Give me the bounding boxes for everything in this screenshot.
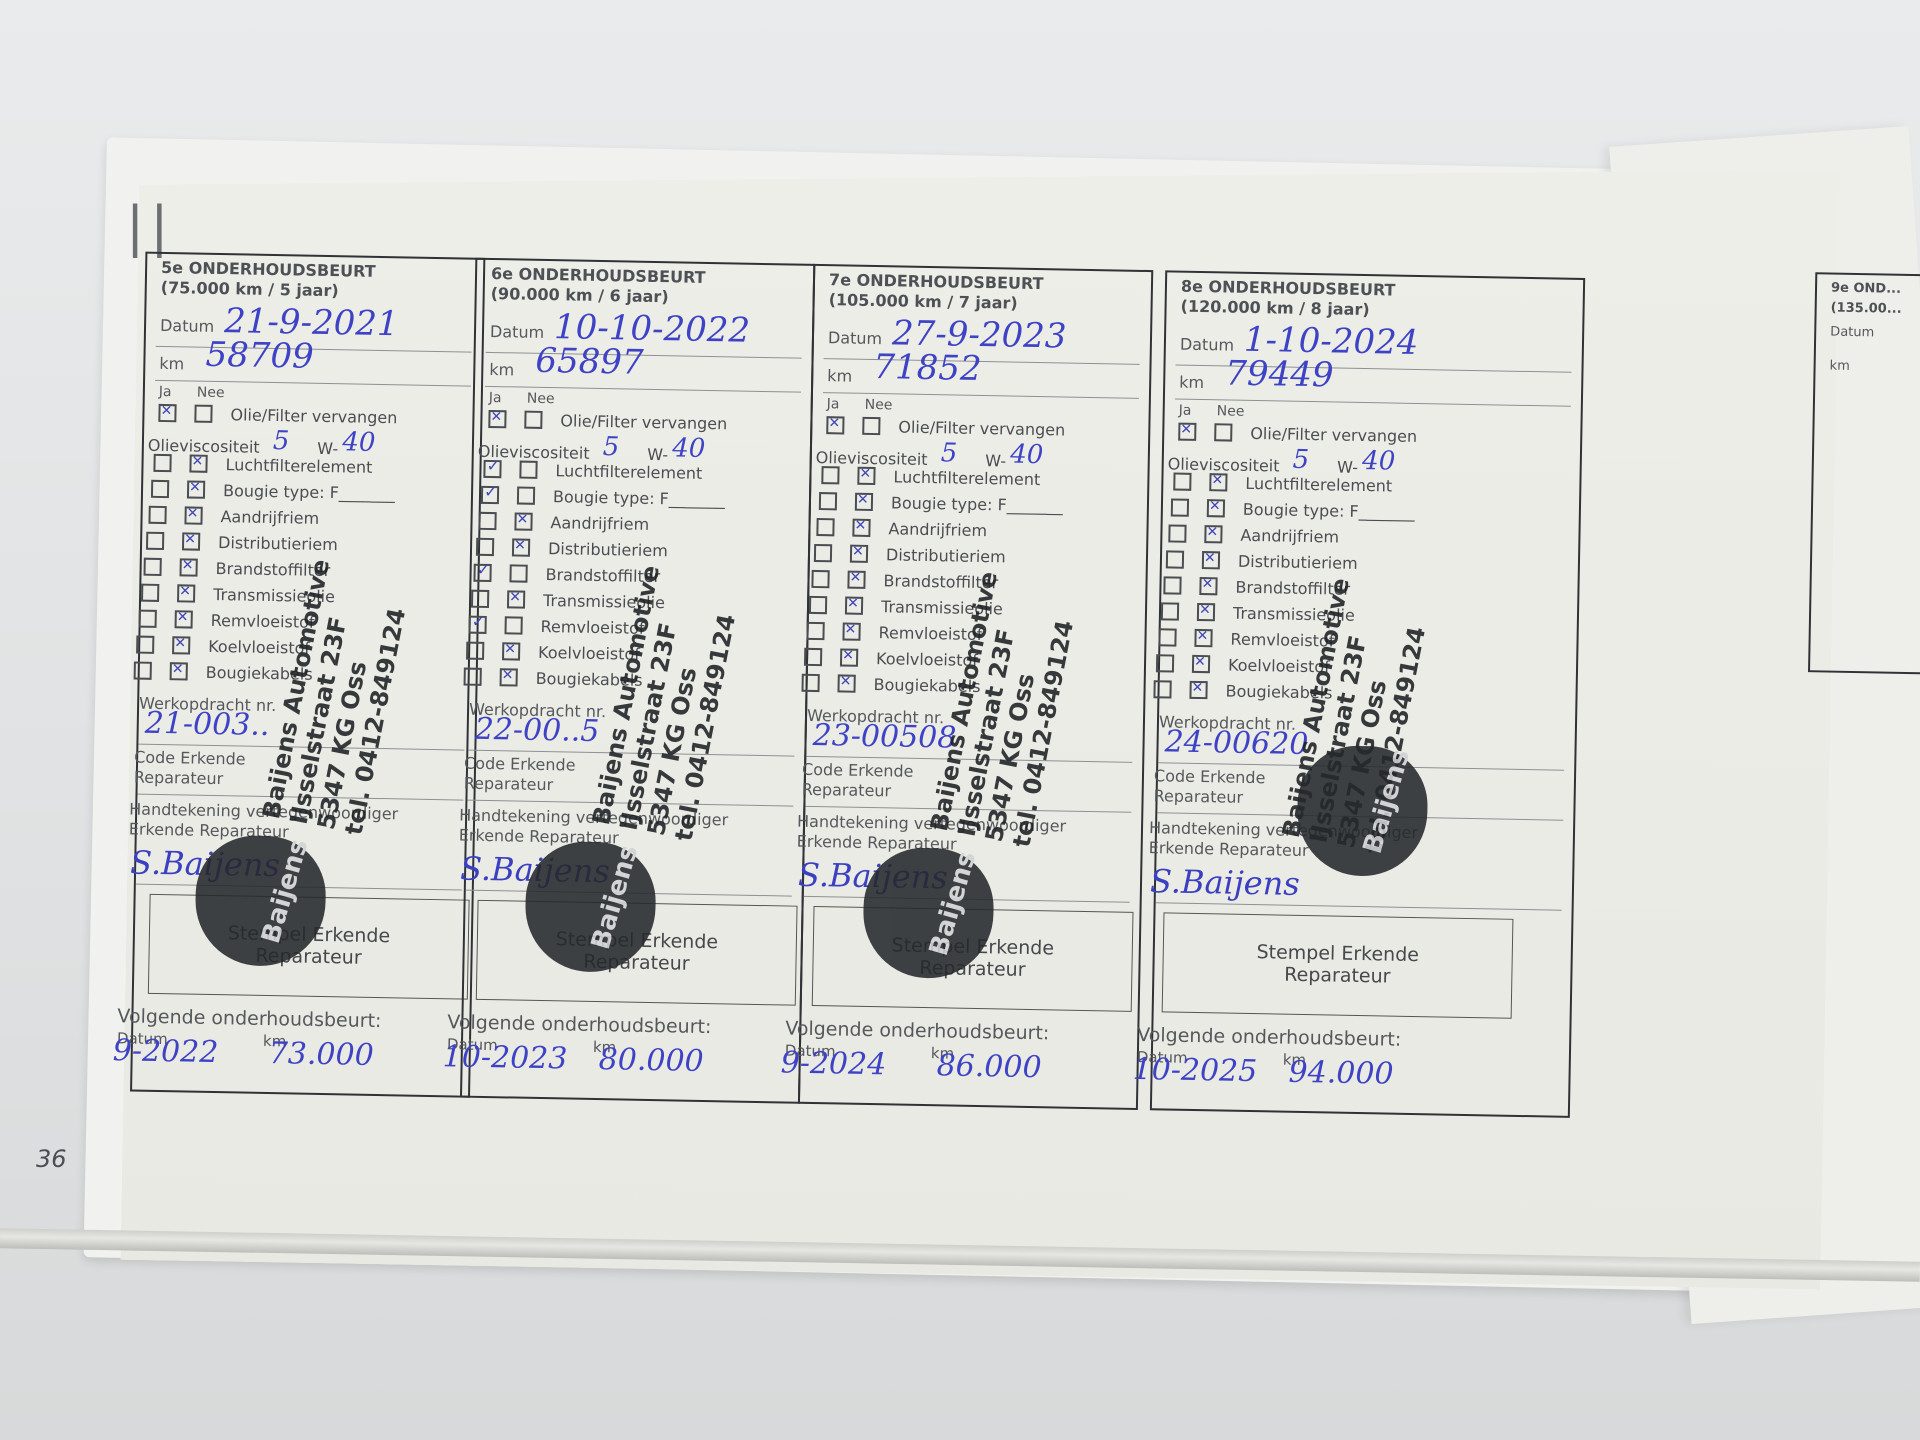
nee-checkbox[interactable] [502, 642, 520, 660]
ja-checkbox[interactable] [1171, 498, 1189, 516]
next-service-date: 9-2024 [780, 1045, 886, 1082]
ja-checkbox[interactable] [806, 622, 824, 640]
checklist-row: Brandstoffilter [143, 558, 330, 580]
nee-checkbox[interactable] [170, 662, 188, 680]
ja-checkbox[interactable] [158, 404, 176, 422]
ja-checkbox[interactable] [1156, 654, 1174, 672]
ja-checkbox[interactable] [134, 662, 152, 680]
ja-checkbox[interactable] [483, 460, 501, 478]
next-service-km: 94.000 [1288, 1055, 1394, 1092]
nee-label: Nee [865, 397, 893, 414]
oil-filter-row: Olie/Filter vervangen [1178, 423, 1417, 446]
viscosity-value-a: 5 [940, 438, 957, 468]
nee-checkbox[interactable] [524, 411, 542, 429]
ja-checkbox[interactable] [1178, 423, 1196, 441]
checklist-row: Remvloeistof [1158, 628, 1334, 650]
nee-checkbox[interactable] [837, 674, 855, 692]
nee-checkbox[interactable] [172, 636, 190, 654]
nee-label: Nee [1217, 403, 1245, 420]
km-label: km [1179, 373, 1204, 392]
nee-checkbox[interactable] [514, 512, 532, 530]
nee-checkbox[interactable] [840, 648, 858, 666]
werkopdracht-number: 24-00620 [1164, 724, 1308, 762]
oil-filter-row: Olie/Filter vervangen [158, 404, 397, 427]
oil-filter-row: Olie/Filter vervangen [826, 416, 1065, 439]
viscosity-value-b: 40 [1362, 446, 1396, 477]
signature: S.Baijens [1150, 862, 1300, 903]
nee-checkbox[interactable] [189, 454, 207, 472]
checklist-row: Remvloeistof [468, 616, 644, 638]
nee-checkbox[interactable] [857, 467, 875, 485]
nee-checkbox[interactable] [194, 405, 212, 423]
checklist-row: Luchtfilterelement [1173, 473, 1392, 496]
nee-checkbox[interactable] [187, 480, 205, 498]
next-service-date: 10-2023 [442, 1039, 567, 1076]
datum-label: Datum [828, 328, 882, 348]
ja-checkbox[interactable] [816, 518, 834, 536]
checklist-row: Koelvloeistof [1156, 654, 1330, 676]
ja-checkbox[interactable] [811, 570, 829, 588]
werkopdracht-number: 22-00..5 [474, 712, 599, 749]
datum-label: Datum [1180, 335, 1234, 355]
checklist-row: Luchtfilterelement [821, 466, 1040, 489]
checklist-row: Aandrijfriem [478, 512, 649, 534]
viscosity-value-b: 40 [672, 433, 706, 464]
ja-checkbox[interactable] [468, 616, 486, 634]
ja-checkbox[interactable] [821, 466, 839, 484]
ja-checkbox[interactable] [1158, 628, 1176, 646]
nee-checkbox[interactable] [177, 584, 195, 602]
viscosity-value-a: 5 [603, 432, 620, 462]
ja-checkbox[interactable] [151, 480, 169, 498]
service-title: 7e ONDERHOUDSBEURT(105.000 km / 7 jaar) [828, 270, 1043, 314]
ja-checkbox[interactable] [143, 558, 161, 576]
checklist-row: Bougie type: F_______ [819, 492, 1063, 515]
service-km: 65897 [535, 341, 644, 383]
ja-checkbox[interactable] [466, 642, 484, 660]
ja-label: Ja [827, 396, 840, 412]
service-title: 6e ONDERHOUDSBEURT(90.000 km / 6 jaar) [491, 264, 706, 308]
nee-checkbox[interactable] [850, 545, 868, 563]
service-column-5: 5e ONDERHOUDSBEURT(75.000 km / 5 jaar)Da… [130, 252, 485, 1098]
next-service-km: 86.000 [936, 1048, 1042, 1085]
service-column-9-partial: 9e OND...(135.00...Datumkm [1808, 272, 1920, 676]
service-km: 58709 [205, 335, 314, 377]
ja-checkbox[interactable] [481, 486, 499, 504]
ja-checkbox[interactable] [471, 590, 489, 608]
checklist-row: Luchtfilterelement [153, 454, 372, 477]
next-service-date: 9-2022 [112, 1033, 218, 1070]
datum-label: Datum [160, 316, 214, 336]
oil-filter-row: Olie/Filter vervangen [488, 410, 727, 433]
page-number: 36 [36, 1145, 67, 1173]
nee-label: Nee [197, 385, 225, 402]
ja-checkbox[interactable] [1173, 473, 1191, 491]
nee-checkbox[interactable] [175, 610, 193, 628]
nee-checkbox[interactable] [1199, 577, 1217, 595]
nee-checkbox[interactable] [1189, 681, 1207, 699]
checklist-row: Distributieriem [814, 544, 1006, 567]
divider [1156, 902, 1562, 910]
next-service-date: 10-2025 [1132, 1052, 1257, 1089]
nee-checkbox[interactable] [1207, 499, 1225, 517]
ja-checkbox[interactable] [1161, 602, 1179, 620]
ja-checkbox[interactable] [476, 538, 494, 556]
service-km: 79449 [1225, 353, 1334, 395]
next-service-km: 73.000 [268, 1036, 374, 1073]
checklist-row: Bougie type: F_______ [481, 486, 725, 509]
checklist-row: Brandstoffilter [473, 564, 660, 586]
werkopdracht-number: 21-003.. [144, 706, 269, 743]
nee-checkbox[interactable] [847, 571, 865, 589]
code-erkende-label: Code ErkendeReparateur [464, 754, 576, 796]
checklist-row: Distributieriem [1166, 550, 1358, 573]
ja-checkbox[interactable] [139, 610, 157, 628]
checklist-row: Aandrijfriem [1168, 524, 1339, 546]
checklist-row: Bougie type: F_______ [1171, 498, 1415, 521]
ja-checkbox[interactable] [473, 564, 491, 582]
nee-checkbox[interactable] [519, 461, 537, 479]
ja-label: Ja [1179, 403, 1192, 419]
nee-checkbox[interactable] [1194, 629, 1212, 647]
next-service-km: 80.000 [598, 1042, 704, 1079]
ja-checkbox[interactable] [1166, 550, 1184, 568]
checklist-row: Aandrijfriem [148, 506, 319, 528]
ja-label: Ja [489, 390, 502, 406]
ja-checkbox[interactable] [826, 416, 844, 434]
werkopdracht-number: 23-00508 [812, 718, 956, 756]
ja-checkbox[interactable] [153, 454, 171, 472]
nee-label: Nee [527, 391, 555, 408]
km-label: km [827, 366, 852, 385]
nee-checkbox[interactable] [504, 616, 522, 634]
nee-checkbox[interactable] [852, 519, 870, 537]
checklist-row: Aandrijfriem [816, 518, 987, 540]
checklist-row: Luchtfilterelement [483, 460, 702, 483]
nee-checkbox[interactable] [509, 564, 527, 582]
ja-checkbox[interactable] [1153, 680, 1171, 698]
nee-checkbox[interactable] [512, 538, 530, 556]
nee-checkbox[interactable] [845, 597, 863, 615]
checklist-row: Bougie type: F_______ [151, 480, 395, 503]
ja-checkbox[interactable] [478, 512, 496, 530]
checklist-row: Remvloeistof [806, 622, 982, 644]
stamp-box: Stempel ErkendeReparateur [1162, 912, 1514, 1018]
checklist-row: Distributieriem [146, 532, 338, 555]
ja-checkbox[interactable] [136, 636, 154, 654]
ja-checkbox[interactable] [814, 544, 832, 562]
service-title: 8e ONDERHOUDSBEURT(120.000 km / 8 jaar) [1180, 277, 1395, 321]
ja-checkbox[interactable] [809, 596, 827, 614]
km-label: km [489, 360, 514, 379]
ja-checkbox[interactable] [464, 668, 482, 686]
service-km: 71852 [873, 347, 982, 389]
datum-label: Datum [490, 322, 544, 342]
nee-checkbox[interactable] [184, 506, 202, 524]
nee-checkbox[interactable] [1204, 525, 1222, 543]
ja-checkbox[interactable] [146, 532, 164, 550]
checklist-row: Brandstoffilter [1163, 576, 1350, 598]
viscosity-value-b: 40 [1010, 440, 1044, 471]
nee-checkbox[interactable] [507, 590, 525, 608]
service-column-8: 8e ONDERHOUDSBEURT(120.000 km / 8 jaar)D… [1150, 270, 1585, 1118]
nee-checkbox[interactable] [1197, 603, 1215, 621]
checklist-row: Koelvloeistof [136, 636, 310, 658]
checklist-row: Koelvloeistof [466, 642, 640, 664]
nee-checkbox[interactable] [179, 558, 197, 576]
km-label: km [159, 354, 184, 373]
nee-checkbox[interactable] [1202, 551, 1220, 569]
ja-checkbox[interactable] [141, 584, 159, 602]
nee-checkbox[interactable] [517, 486, 535, 504]
checklist-row: Brandstoffilter [811, 570, 998, 592]
service-record-grid: 5e ONDERHOUDSBEURT(75.000 km / 5 jaar)Da… [40, 220, 1756, 1151]
viscosity-value-b: 40 [342, 427, 376, 458]
ja-checkbox[interactable] [488, 410, 506, 428]
ja-checkbox[interactable] [1163, 576, 1181, 594]
code-erkende-label: Code ErkendeReparateur [134, 748, 246, 790]
nee-checkbox[interactable] [1209, 473, 1227, 491]
checklist-row: Remvloeistof [139, 610, 315, 632]
checklist-row: Distributieriem [476, 538, 668, 561]
code-erkende-label: Code ErkendeReparateur [1153, 766, 1265, 808]
nee-checkbox[interactable] [500, 668, 518, 686]
nee-checkbox[interactable] [855, 493, 873, 511]
service-title: 5e ONDERHOUDSBEURT(75.000 km / 5 jaar) [161, 258, 376, 302]
service-column-6: 6e ONDERHOUDSBEURT(90.000 km / 6 jaar)Da… [460, 258, 815, 1104]
ja-label: Ja [159, 384, 172, 400]
ja-checkbox[interactable] [804, 648, 822, 666]
viscosity-value-a: 5 [273, 426, 290, 456]
code-erkende-label: Code ErkendeReparateur [802, 760, 914, 802]
nee-checkbox[interactable] [1192, 655, 1210, 673]
checklist-row: Koelvloeistof [804, 648, 978, 670]
nee-checkbox[interactable] [862, 417, 880, 435]
ja-checkbox[interactable] [801, 674, 819, 692]
ja-checkbox[interactable] [148, 506, 166, 524]
ja-checkbox[interactable] [819, 492, 837, 510]
nee-checkbox[interactable] [1214, 423, 1232, 441]
nee-checkbox[interactable] [842, 622, 860, 640]
service-column-7: 7e ONDERHOUDSBEURT(105.000 km / 7 jaar)D… [798, 264, 1153, 1110]
ja-checkbox[interactable] [1168, 524, 1186, 542]
nee-checkbox[interactable] [182, 532, 200, 550]
viscosity-value-a: 5 [1292, 445, 1309, 475]
